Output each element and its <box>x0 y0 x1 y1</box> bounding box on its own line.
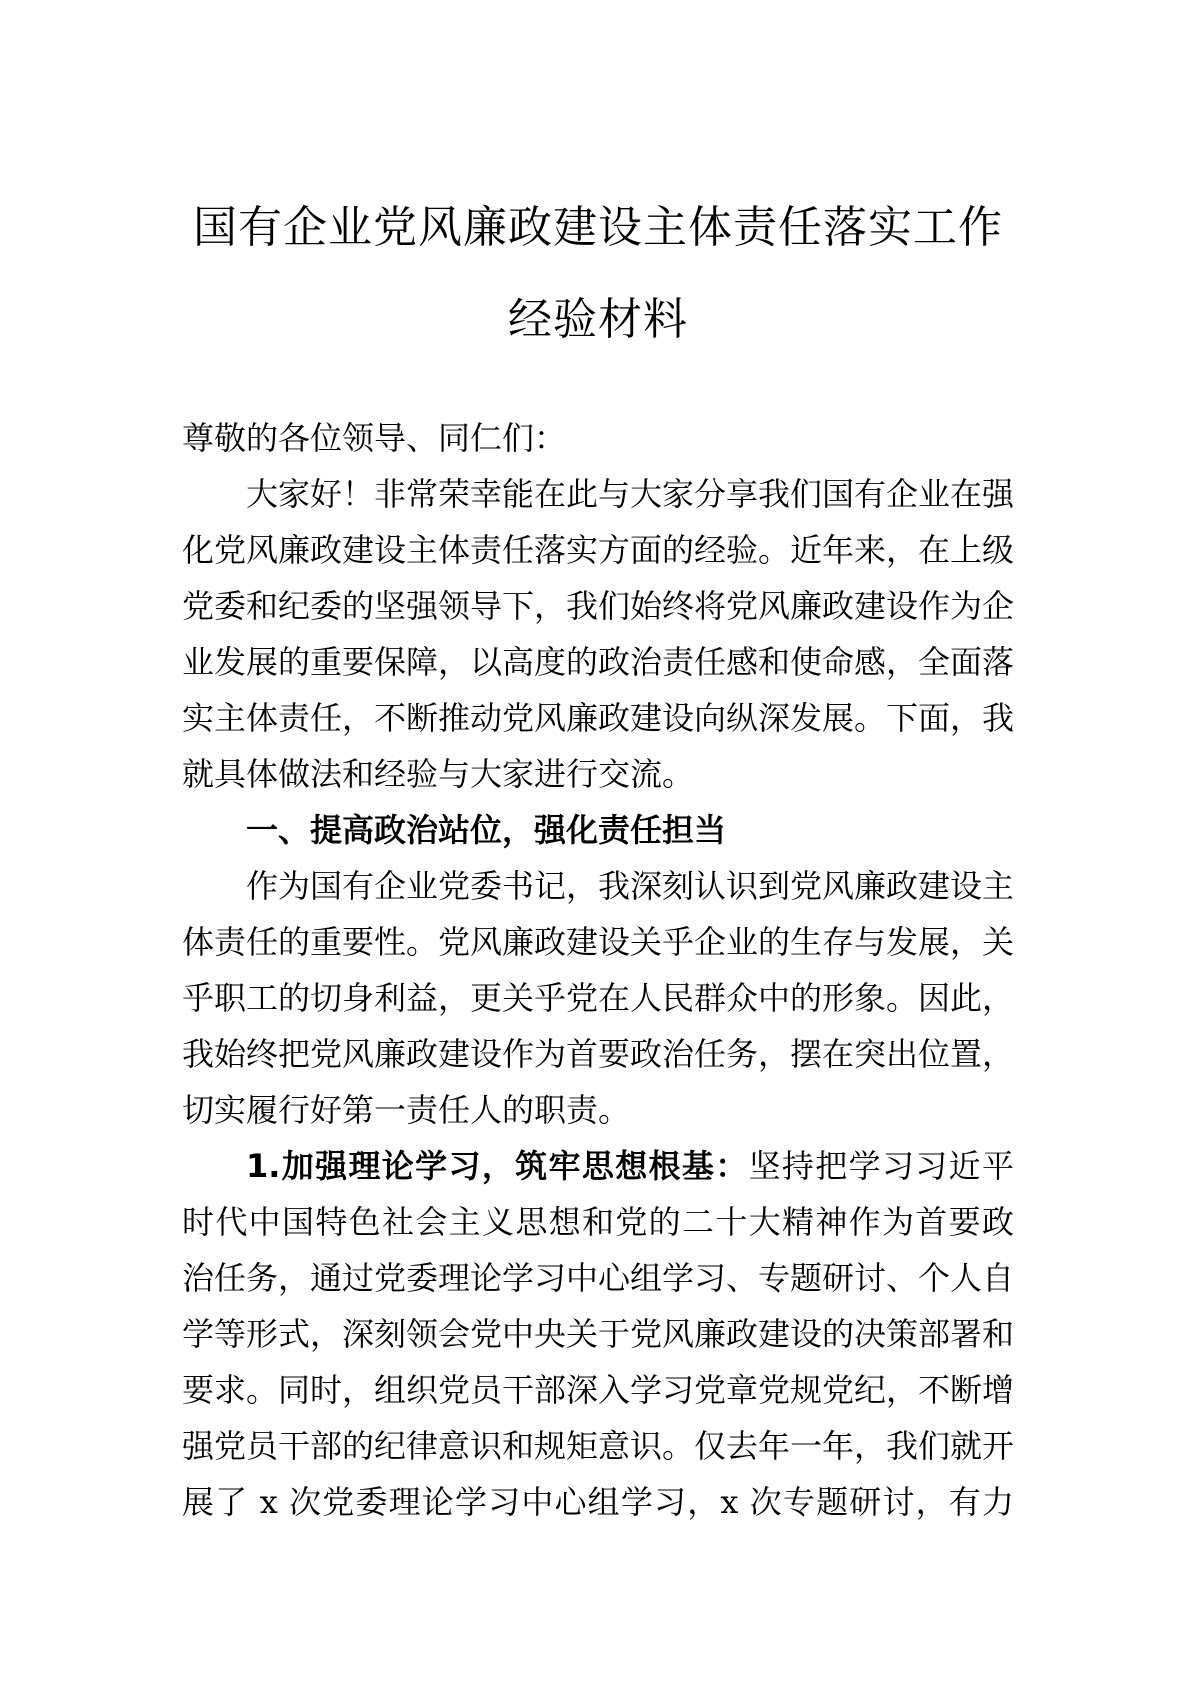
body-text: 我始终把党风廉政建设作为首要政治任务，摆在突出位置， <box>182 1035 1014 1073</box>
text-line: 一、提高政治站位，强化责任担当 <box>182 802 1014 858</box>
body-text: 体责任的重要性。党风廉政建设关乎企业的生存与发展，关 <box>182 923 1014 961</box>
body-text: 作为国有企业党委书记，我深刻认识到党风廉政建设主 <box>246 867 1014 905</box>
body-text: 治任务，通过党委理论学习中心组学习、专题研讨、个人自 <box>182 1259 1014 1297</box>
text-line: 展了 x 次党委理论学习中心组学习，x 次专题研讨，有力地 <box>182 1474 1014 1530</box>
document-body: 尊敬的各位领导、同仁们：大家好！非常荣幸能在此与大家分享我们国有企业在强化党风廉… <box>182 410 1014 1530</box>
paragraph-section-1-body: 作为国有企业党委书记，我深刻认识到党风廉政建设主体责任的重要性。党风廉政建设关乎… <box>182 858 1014 1138</box>
body-text: 强党员干部的纪律意识和规矩意识。仅去年一年，我们就开 <box>182 1427 1014 1465</box>
text-line: 强党员干部的纪律意识和规矩意识。仅去年一年，我们就开 <box>182 1418 1014 1474</box>
text-line: 实主体责任，不断推动党风廉政建设向纵深发展。下面，我 <box>182 690 1014 746</box>
text-line: 作为国有企业党委书记，我深刻认识到党风廉政建设主 <box>182 858 1014 914</box>
text-line: 治任务，通过党委理论学习中心组学习、专题研讨、个人自 <box>182 1250 1014 1306</box>
body-text: 要求。同时，组织党员干部深入学习党章党规党纪，不断增 <box>182 1371 1014 1409</box>
text-line: 尊敬的各位领导、同仁们： <box>182 410 1014 466</box>
bold-heading-text: 1.加强理论学习，筑牢思想根基： <box>246 1147 749 1185</box>
text-line: 时代中国特色社会主义思想和党的二十大精神作为首要政 <box>182 1194 1014 1250</box>
body-text: 学等形式，深刻领会党中央关于党风廉政建设的决策部署和 <box>182 1315 1014 1353</box>
text-line: 体责任的重要性。党风廉政建设关乎企业的生存与发展，关 <box>182 914 1014 970</box>
text-line: 党委和纪委的坚强领导下，我们始终将党风廉政建设作为企 <box>182 578 1014 634</box>
paragraph-section-1-heading: 一、提高政治站位，强化责任担当 <box>182 802 1014 858</box>
text-line: 切实履行好第一责任人的职责。 <box>182 1082 1014 1138</box>
text-line: 业发展的重要保障，以高度的政治责任感和使命感，全面落 <box>182 634 1014 690</box>
body-text: 就具体做法和经验与大家进行交流。 <box>182 755 694 793</box>
body-text: 业发展的重要保障，以高度的政治责任感和使命感，全面落 <box>182 643 1014 681</box>
body-text: 实主体责任，不断推动党风廉政建设向纵深发展。下面，我 <box>182 699 1014 737</box>
body-text: 展了 x 次党委理论学习中心组学习，x 次专题研讨，有力地 <box>182 1483 1014 1530</box>
body-text: 时代中国特色社会主义思想和党的二十大精神作为首要政 <box>182 1203 1014 1241</box>
text-line: 我始终把党风廉政建设作为首要政治任务，摆在突出位置， <box>182 1026 1014 1082</box>
body-text: 大家好！非常荣幸能在此与大家分享我们国有企业在强 <box>246 475 1014 513</box>
document-title: 国有企业党风廉政建设主体责任落实工作 经验材料 <box>182 182 1014 366</box>
document-page: 国有企业党风廉政建设主体责任落实工作 经验材料 尊敬的各位领导、同仁们：大家好！… <box>0 0 1190 1683</box>
text-line: 乎职工的切身利益，更关乎党在人民群众中的形象。因此， <box>182 970 1014 1026</box>
text-line: 就具体做法和经验与大家进行交流。 <box>182 746 1014 802</box>
body-text: 党委和纪委的坚强领导下，我们始终将党风廉政建设作为企 <box>182 587 1014 625</box>
paragraph-salutation: 尊敬的各位领导、同仁们： <box>182 410 1014 466</box>
text-line: 要求。同时，组织党员干部深入学习党章党规党纪，不断增 <box>182 1362 1014 1418</box>
text-line: 大家好！非常荣幸能在此与大家分享我们国有企业在强 <box>182 466 1014 522</box>
paragraph-point-1: 1.加强理论学习，筑牢思想根基：坚持把学习习近平新时代中国特色社会主义思想和党的… <box>182 1138 1014 1530</box>
document-title-line-2: 经验材料 <box>182 274 1014 366</box>
document-title-line-1: 国有企业党风廉政建设主体责任落实工作 <box>182 182 1014 274</box>
bold-heading-text: 一、提高政治站位，强化责任担当 <box>246 811 726 849</box>
text-line: 学等形式，深刻领会党中央关于党风廉政建设的决策部署和 <box>182 1306 1014 1362</box>
text-line: 化党风廉政建设主体责任落实方面的经验。近年来，在上级 <box>182 522 1014 578</box>
body-text: 化党风廉政建设主体责任落实方面的经验。近年来，在上级 <box>182 531 1014 569</box>
text-line: 1.加强理论学习，筑牢思想根基：坚持把学习习近平新 <box>182 1138 1014 1194</box>
body-text: 尊敬的各位领导、同仁们： <box>182 419 566 457</box>
paragraph-intro: 大家好！非常荣幸能在此与大家分享我们国有企业在强化党风廉政建设主体责任落实方面的… <box>182 466 1014 802</box>
body-text: 切实履行好第一责任人的职责。 <box>182 1091 630 1129</box>
body-text: 乎职工的切身利益，更关乎党在人民群众中的形象。因此， <box>182 979 1014 1017</box>
